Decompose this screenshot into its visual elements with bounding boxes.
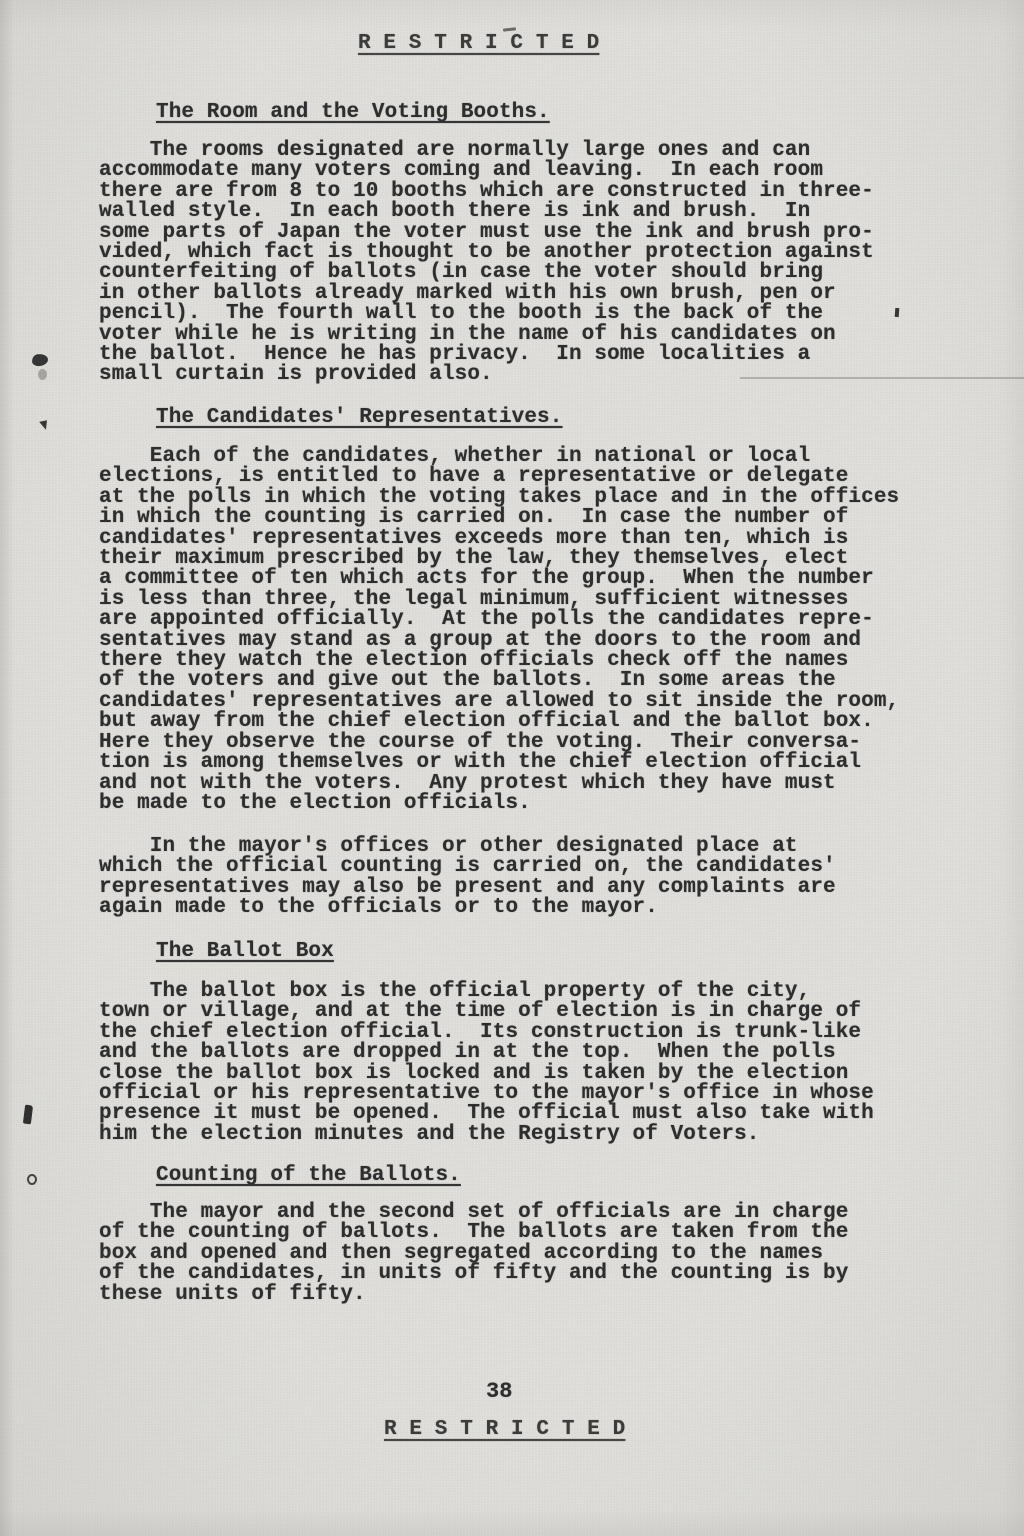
ink-ring — [27, 1174, 37, 1185]
scanned-document-page: R E S T R I C T E D The Room and the Vot… — [0, 0, 1024, 1536]
ink-smudge — [31, 353, 48, 367]
ink-smudge-faint — [38, 369, 47, 380]
paragraph-voting-booths: The rooms designated are normally large … — [99, 141, 874, 386]
paragraph-ballot-box: The ballot box is the official property … — [99, 982, 874, 1145]
classification-banner-top: R E S T R I C T E D — [358, 34, 599, 54]
page-number: 38 — [486, 1382, 513, 1402]
section-heading-candidates-representatives: The Candidates' Representatives. — [156, 408, 562, 428]
paragraph-candidates-representatives-1: Each of the candidates, whether in natio… — [99, 447, 899, 814]
paragraph-counting-ballots: The mayor and the second set of official… — [99, 1203, 848, 1305]
ink-stroke — [23, 1105, 33, 1125]
classification-banner-bottom: R E S T R I C T E D — [384, 1420, 625, 1440]
section-heading-voting-booths: The Room and the Voting Booths. — [156, 103, 550, 123]
section-heading-ballot-box: The Ballot Box — [156, 942, 334, 962]
ink-tick — [895, 308, 900, 317]
paragraph-candidates-representatives-2: In the mayor's offices or other designat… — [99, 837, 836, 919]
ink-speck — [39, 420, 49, 430]
section-heading-counting-ballots: Counting of the Ballots. — [156, 1166, 461, 1186]
